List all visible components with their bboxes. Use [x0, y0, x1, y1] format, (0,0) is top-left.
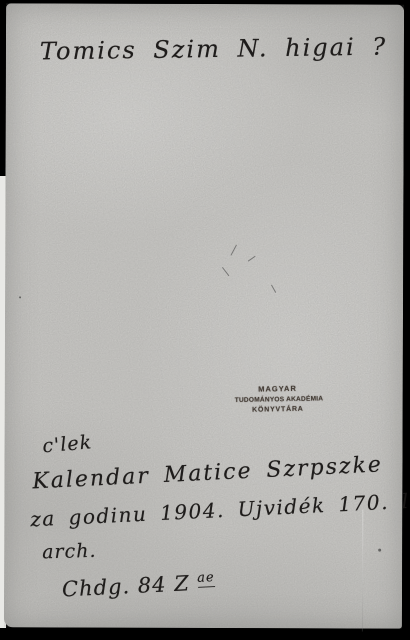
paper-speck	[19, 296, 21, 298]
paper-texture	[4, 3, 404, 628]
paper-fiber	[271, 285, 276, 293]
handwritten-note-year: za godinu 1904. Ujvidék 170. l.	[30, 488, 410, 531]
handwritten-owner-line: Tomics Szim N. higai ?	[40, 33, 388, 66]
page-paper: Tomics Szim N. higai ? MAGYAR TUDOMÁNYOS…	[4, 3, 404, 628]
handwritten-note-member: c'lek	[42, 431, 93, 457]
paper-fiber	[222, 267, 230, 276]
handwritten-note-title: Kalendar Matice Szrpszke	[32, 452, 384, 494]
shelfmark-text: Chdg. 84 Z	[61, 571, 190, 601]
handwritten-shelfmark: Chdg. 84 Z ae	[61, 570, 215, 601]
paper-crease	[362, 510, 363, 632]
stamp-line-3: KÖNYVTÁRA	[235, 405, 321, 417]
shelfmark-superscript: ae	[197, 570, 215, 588]
paper-speck	[378, 549, 381, 552]
stamp-line-2: TUDOMÁNYOS AKADÉMIA	[235, 394, 321, 406]
handwritten-note-arch: arch.	[42, 540, 97, 564]
library-stamp: MAGYAR TUDOMÁNYOS AKADÉMIA KÖNYVTÁRA	[234, 384, 321, 417]
scanned-page: Tomics Szim N. higai ? MAGYAR TUDOMÁNYOS…	[0, 0, 410, 640]
paper-fiber	[248, 256, 256, 262]
paper-fiber	[230, 245, 237, 256]
